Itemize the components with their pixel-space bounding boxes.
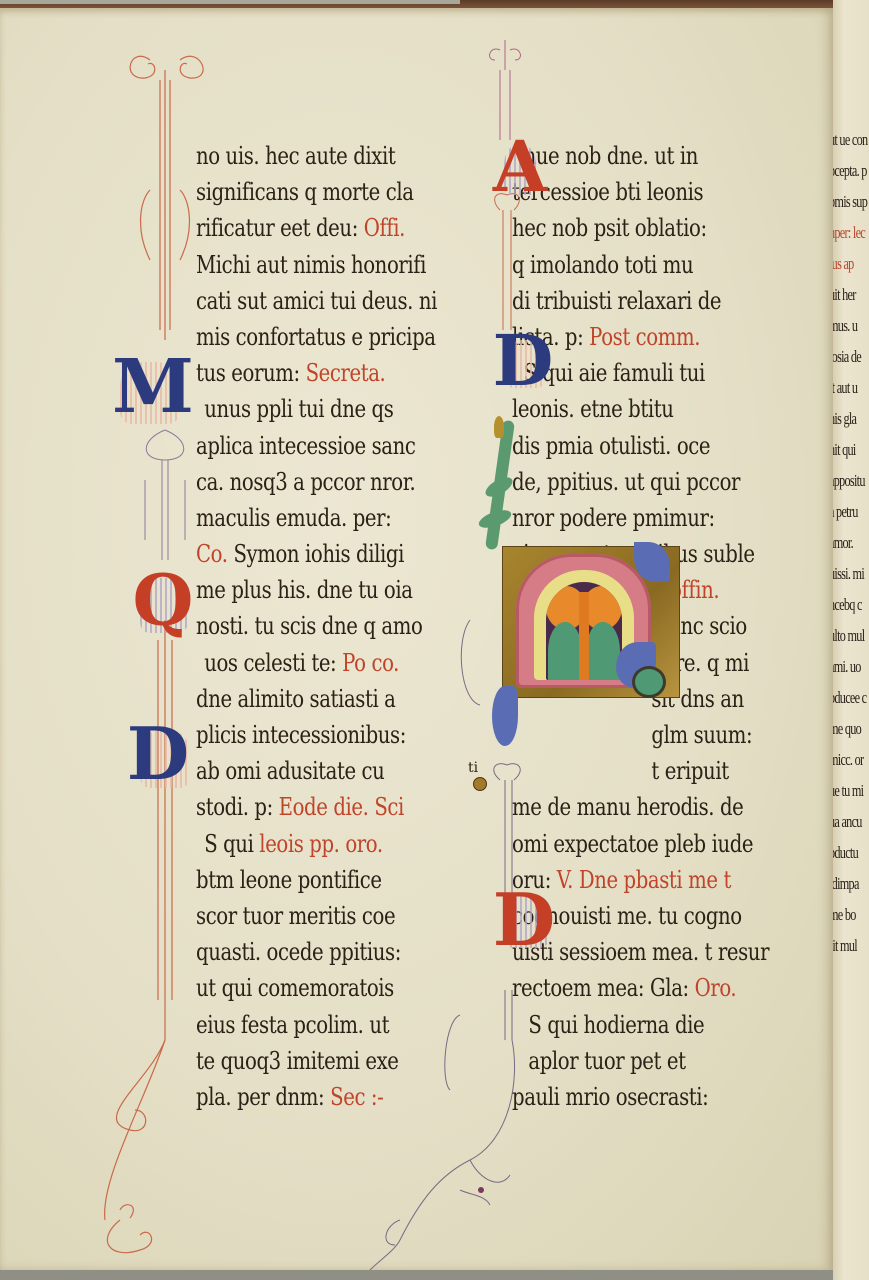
facing-page-line: pducee c <box>833 688 866 708</box>
text-line: nror podere pmimur: <box>512 500 758 536</box>
text-line: dne alimito satiasti a <box>196 681 442 717</box>
line-text: eius festa pcolim. ut <box>196 1011 389 1039</box>
text-line: plicis intecessionibus: <box>196 717 442 753</box>
text-line: aplica intecessioe sanc <box>196 428 442 464</box>
text-line: di tribuisti relaxari de <box>512 283 758 319</box>
facing-page-line: his gla <box>833 409 856 429</box>
facing-page-line: pcepta. p <box>833 161 867 181</box>
line-text: te quoq3 imitemi exe <box>196 1047 399 1075</box>
line-text: plicis intecessionibus: <box>196 721 406 749</box>
floral-panel <box>546 582 622 680</box>
initial-d-right: D <box>488 326 558 396</box>
facing-page-line: me bo <box>833 905 856 925</box>
text-line: te quoq3 imitemi exe <box>196 1043 442 1079</box>
blue-acanthus-tail <box>492 686 518 746</box>
line-text: S qui <box>204 830 259 858</box>
rubric: Eode die. Sci <box>279 793 404 821</box>
facing-page-line: tus ap <box>833 254 854 274</box>
text-line: rificatur eet deu: Offi. <box>196 210 442 246</box>
facing-page-line: pmis sup <box>833 192 867 212</box>
line-text: di tribuisti relaxari de <box>512 287 721 315</box>
facing-page-line: ue tu mi <box>833 781 863 801</box>
line-text: aplica intecessioe sanc <box>196 432 415 460</box>
text-line: glm suum: <box>512 717 758 753</box>
text-line: S qui hodierna die <box>512 1007 758 1043</box>
interlinear-correction: ti <box>468 760 478 776</box>
text-line: pla. per dnm: Sec :- <box>196 1079 442 1115</box>
text-line: S qui leois pp. oro. <box>196 826 442 862</box>
line-text: q imolando toti mu <box>512 251 693 279</box>
facing-page-line: appositu <box>833 471 865 491</box>
text-line: ut qui comemoratois <box>196 970 442 1006</box>
line-text: aplor tuor pet et <box>528 1047 685 1075</box>
green-leaf-icon <box>586 622 620 680</box>
facing-page-line: uit her <box>833 285 856 305</box>
initial-d-bottom: D <box>488 884 560 956</box>
facing-page-line: nper: lec <box>833 223 865 243</box>
text-line: scor tuor meritis coe <box>196 898 442 934</box>
line-text: stodi. p: <box>196 793 273 821</box>
text-line: stodi. p: Eode die. Sci <box>196 789 442 825</box>
facing-page-line: losia de <box>833 347 861 367</box>
line-text: nosti. tu scis dne q amo <box>196 612 422 640</box>
line-text: significans q morte cla <box>196 178 414 206</box>
text-line: cati sut amici tui deus. ni <box>196 283 442 319</box>
text-line: ab omi adusitate cu <box>196 753 442 789</box>
text-line: mis confortatus e pricipa <box>196 319 442 355</box>
rubric: V. Dne pbasti me t <box>557 866 731 894</box>
text-line: significans q morte cla <box>196 174 442 210</box>
text-line: hec nob psit oblatio: <box>512 210 758 246</box>
rubric: Sec :- <box>330 1083 383 1111</box>
rubric: Post comm. <box>589 323 700 351</box>
line-text: unus ppli tui dne qs <box>204 395 393 423</box>
line-text: ca. nosq3 a pccor nror. <box>196 468 415 496</box>
line-text: me de manu herodis. de <box>512 793 743 821</box>
line-text: pla. per dnm: <box>196 1083 324 1111</box>
text-line: maculis emuda. per: <box>196 500 442 536</box>
rubric: Secreta. <box>306 359 386 387</box>
line-text: glm suum: <box>651 721 752 749</box>
line-text: tus eorum: <box>196 359 300 387</box>
rubric: leois pp. oro. <box>259 830 382 858</box>
illuminated-initial-n <box>496 546 671 696</box>
rubric: Po co. <box>342 649 399 677</box>
gold-dot-ornament <box>473 777 487 791</box>
initial-q: Q <box>128 566 198 636</box>
text-line: q imolando toti mu <box>512 247 758 283</box>
initial-m: M <box>112 350 192 424</box>
line-text: no uis. hec aute dixit <box>196 142 395 170</box>
facing-page-line: nit qui <box>833 440 856 460</box>
line-text: dis pmia otulisti. oce <box>512 432 710 460</box>
text-line: tus eorum: Secreta. <box>196 355 442 391</box>
rubric: Co. <box>196 540 228 568</box>
rubric: Oro. <box>695 974 737 1002</box>
green-curl-ornament <box>632 666 666 698</box>
text-line: me de manu herodis. de <box>512 789 758 825</box>
text-line: unus ppli tui dne qs <box>196 391 442 427</box>
green-leaf-icon <box>548 622 582 680</box>
line-text: me plus his. dne tu oia <box>196 576 413 604</box>
facing-page-line: rit mul <box>833 936 857 956</box>
facing-page-line: pductu <box>833 843 858 863</box>
line-text: rectoem mea: Gla: <box>512 974 689 1002</box>
facing-page-line: ulto mul <box>833 626 864 646</box>
line-text: quasti. ocede ppitius: <box>196 938 401 966</box>
orange-stem <box>579 592 589 680</box>
text-line: de, ppitius. ut qui pccor <box>512 464 758 500</box>
facing-page-line: ncebq c <box>833 595 862 615</box>
text-line: nosti. tu scis dne q amo <box>196 608 442 644</box>
line-text: de, ppitius. ut qui pccor <box>512 468 740 496</box>
left-text-column: no uis. hec aute dixit significans q mor… <box>196 138 496 1115</box>
line-text: omi expectatoe pleb iude <box>512 830 753 858</box>
facing-page-line: a petru <box>833 502 858 522</box>
initial-a: A <box>490 132 550 202</box>
line-text: pauli mrio osecrasti: <box>512 1083 708 1111</box>
text-line: eius festa pcolim. ut <box>196 1007 442 1043</box>
line-text: t eripuit <box>651 757 728 785</box>
rubric: Offi. <box>364 214 405 242</box>
line-text: Symon iohis diligi <box>233 540 404 568</box>
text-line: quasti. ocede ppitius: <box>196 934 442 970</box>
facing-page-line: amor. <box>833 533 853 553</box>
facing-page-line: ami. uo <box>833 657 861 677</box>
text-line: pauli mrio osecrasti: <box>512 1079 758 1115</box>
line-text: uos celesti te: <box>204 649 336 677</box>
line-text: maculis emuda. per: <box>196 504 391 532</box>
facing-page-line: me quo <box>833 719 861 739</box>
line-text: nror podere pmimur: <box>512 504 715 532</box>
facing-page-line: mus. u <box>833 316 857 336</box>
facing-page-fragment: ut ue conpcepta. ppmis supnper: lectus a… <box>833 0 869 1280</box>
text-line: dis pmia otulisti. oce <box>512 428 758 464</box>
line-text: dne alimito satiasti a <box>196 685 396 713</box>
text-line: t eripuit <box>512 753 758 789</box>
text-line: Co. Symon iohis diligi <box>196 536 442 572</box>
line-text: mis confortatus e pricipa <box>196 323 436 351</box>
text-line: omi expectatoe pleb iude <box>512 826 758 862</box>
facing-page-line: ua ancu <box>833 812 862 832</box>
facing-page-line: ldimpa <box>833 874 859 894</box>
line-text: ut qui comemoratois <box>196 974 394 1002</box>
text-line: me plus his. dne tu oia <box>196 572 442 608</box>
line-text: scor tuor meritis coe <box>196 902 395 930</box>
text-line: Michi aut nimis honorifi <box>196 247 442 283</box>
line-text: cati sut amici tui deus. ni <box>196 287 437 315</box>
text-line: uos celesti te: Po co. <box>196 645 442 681</box>
initial-d-left: D <box>118 718 198 790</box>
facing-page-line: it aut u <box>833 378 857 398</box>
line-text: rificatur eet deu: <box>196 214 358 242</box>
line-text: S qui hodierna die <box>528 1011 704 1039</box>
facing-page-line: micc. or <box>833 750 863 770</box>
facing-page-line: ut ue con <box>833 130 867 150</box>
text-line: ca. nosq3 a pccor nror. <box>196 464 442 500</box>
text-line: btm leone pontifice <box>196 862 442 898</box>
line-text: btm leone pontifice <box>196 866 382 894</box>
line-text: ab omi adusitate cu <box>196 757 384 785</box>
text-line: no uis. hec aute dixit <box>196 138 442 174</box>
facing-page-line: uissi. mi <box>833 564 864 584</box>
line-text: hec nob psit oblatio: <box>512 214 707 242</box>
text-line: aplor tuor pet et <box>512 1043 758 1079</box>
line-text: Michi aut nimis honorifi <box>196 251 426 279</box>
text-line: rectoem mea: Gla: Oro. <box>512 970 758 1006</box>
